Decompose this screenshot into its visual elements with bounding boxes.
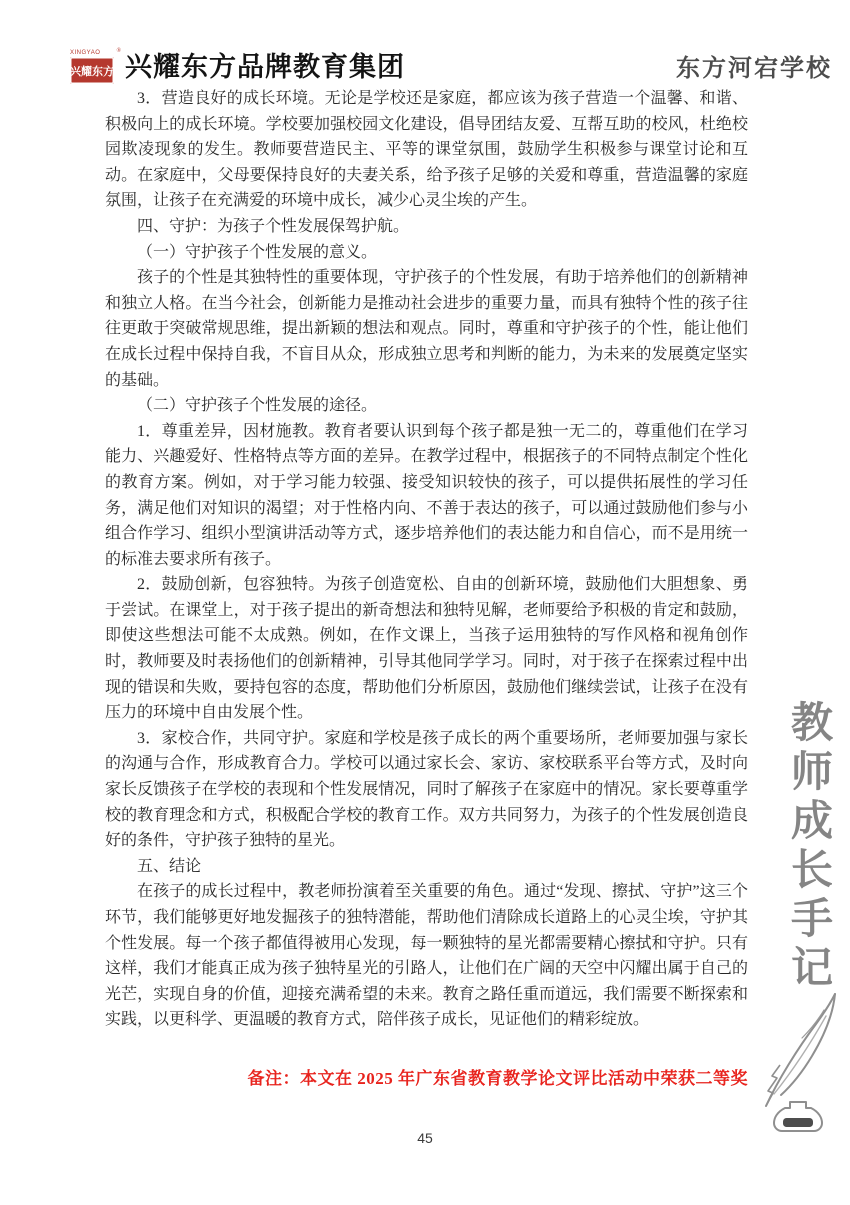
body-paragraph: （一）守护孩子个性发展的意义。 bbox=[105, 240, 748, 266]
document-body: 3．营造良好的成长环境。无论是学校还是家庭，都应该为孩子营造一个温馨、和谐、积极… bbox=[105, 86, 748, 1033]
body-paragraph: 孩子的个性是其独特性的重要体现，守护孩子的个性发展，有助于培养他们的创新精神和独… bbox=[105, 265, 748, 393]
body-paragraph: 在孩子的成长过程中，教老师扮演着至关重要的角色。通过“发现、擦拭、守护”这三个环… bbox=[105, 879, 748, 1033]
brand-seal-logo: XINGYAO 兴耀东方 ® bbox=[70, 50, 116, 88]
body-paragraph: 四、守护：为孩子个性发展保驾护航。 bbox=[105, 214, 748, 240]
document-page: XINGYAO 兴耀东方 ® 兴耀东方品牌教育集团 东方河宕学校 3．营造良好的… bbox=[0, 0, 850, 1205]
body-paragraph: （二）守护孩子个性发展的途径。 bbox=[105, 393, 748, 419]
school-name: 东方河宕学校 bbox=[676, 54, 832, 84]
body-paragraph: 五、结论 bbox=[105, 854, 748, 880]
vertical-calligraphy-title: 教师成长手记 bbox=[778, 700, 838, 1000]
body-paragraph: 3．家校合作，共同守护。家庭和学校是孩子成长的两个重要场所，老师要加强与家长的沟… bbox=[105, 726, 748, 854]
body-paragraph: 1．尊重差异，因材施教。教育者要认识到每个孩子都是独一无二的，尊重他们在学习能力… bbox=[105, 419, 748, 573]
seal-icon: 兴耀东方 bbox=[70, 57, 114, 84]
logo-roman-text: XINGYAO bbox=[70, 50, 116, 57]
body-paragraph: 3．营造良好的成长环境。无论是学校还是家庭，都应该为孩子营造一个温馨、和谐、积极… bbox=[105, 86, 748, 214]
quill-inkwell-icon bbox=[750, 988, 845, 1138]
brand-title: 兴耀东方品牌教育集团 bbox=[125, 50, 405, 84]
registered-mark: ® bbox=[116, 48, 121, 54]
award-note: 备注：本文在 2025 年广东省教育教学论文评比活动中荣获二等奖 bbox=[105, 1064, 748, 1089]
page-number: 45 bbox=[0, 1130, 850, 1146]
body-paragraph: 2．鼓励创新，包容独特。为孩子创造宽松、自由的创新环境，鼓励他们大胆想象、勇于尝… bbox=[105, 572, 748, 726]
